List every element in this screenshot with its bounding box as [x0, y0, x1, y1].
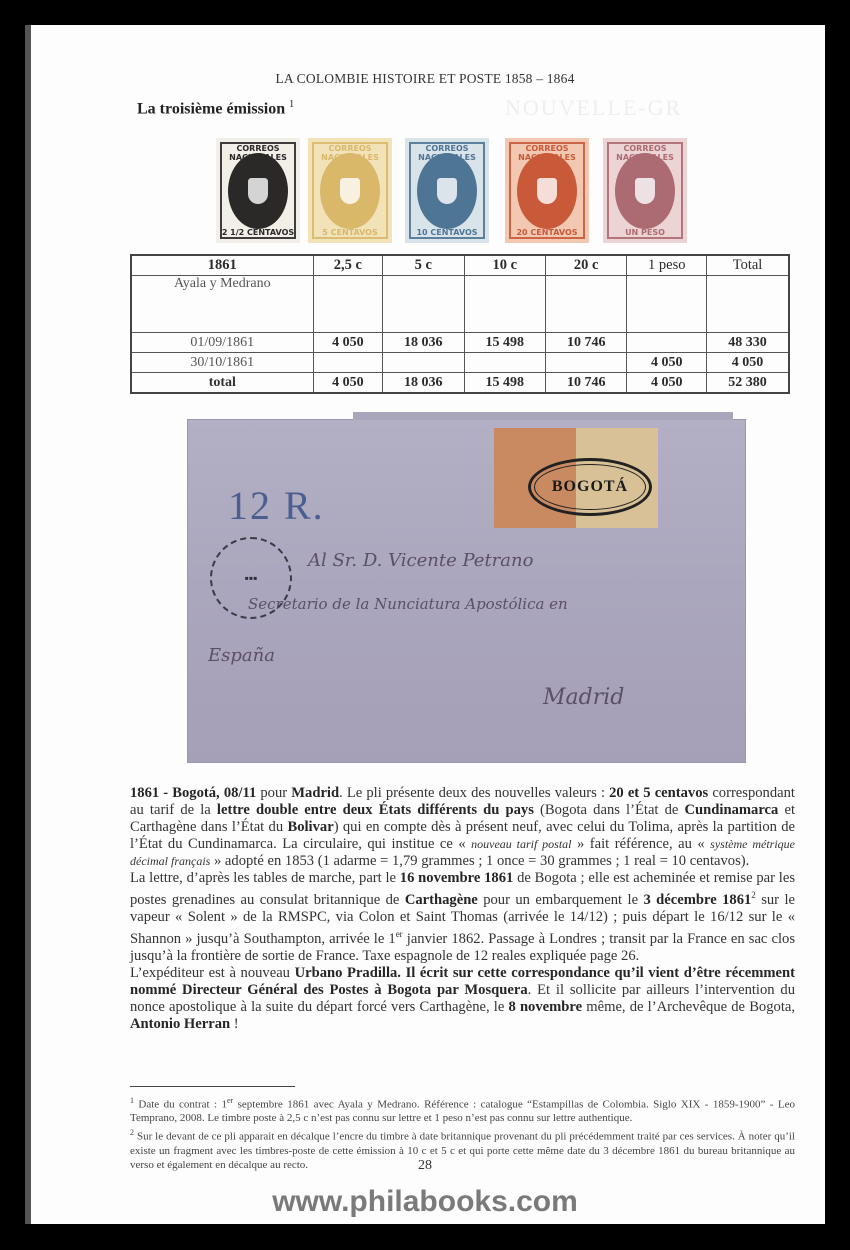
text: pour	[256, 785, 291, 801]
watermark-link[interactable]: www.philabooks.com	[25, 1185, 825, 1219]
text: La lettre, d’après les tables de marche,…	[130, 870, 400, 886]
bold-text: Madrid	[291, 785, 339, 801]
stamp-top-label: CORREOS NACIONALES	[308, 144, 392, 162]
page-number: 28	[25, 1158, 825, 1174]
table-cell: 10 746	[545, 373, 626, 394]
bold-text: Cundinamarca	[685, 802, 779, 818]
table-cell	[464, 276, 545, 333]
table-cell: 18 036	[383, 373, 464, 394]
column-header: Total	[707, 255, 789, 276]
bold-text: 20 et 5 centavos	[609, 785, 708, 801]
text: !	[230, 1016, 239, 1032]
table-cell: 52 380	[707, 373, 789, 394]
bold-text: Bolivar	[287, 819, 333, 835]
article-body: 1861 - Bogotá, 08/11 pour Madrid. Le pli…	[130, 785, 795, 1033]
table-cell	[545, 276, 626, 333]
column-header: 1 peso	[627, 255, 707, 276]
text: » fait référence, au «	[572, 836, 711, 852]
table-cell: 18 036	[383, 333, 464, 353]
column-header: 1861	[131, 255, 313, 276]
row-label: 30/10/1861	[131, 353, 313, 373]
table-row: Ayala y Medrano	[131, 276, 789, 333]
table-cell: 4 050	[707, 353, 789, 373]
column-header: 20 c	[545, 255, 626, 276]
bold-text: 1861 - Bogotá, 08/11	[130, 785, 256, 801]
table-cell: 15 498	[464, 373, 545, 394]
cover-flap	[353, 412, 733, 420]
text: même, de l’Archevêque de Bogota,	[582, 999, 795, 1015]
table-cell	[545, 353, 626, 373]
bold-text: Carthagène	[405, 892, 478, 908]
table-cell	[627, 333, 707, 353]
bold-text: 3 décembre 1861	[643, 892, 751, 908]
paragraph: La lettre, d’après les tables de marche,…	[130, 870, 795, 965]
table-row: 30/10/18614 0504 050	[131, 353, 789, 373]
text: pour un embarquement le	[478, 892, 644, 908]
table-cell: 4 050	[313, 333, 382, 353]
superscript: er	[396, 929, 403, 939]
stamp-value-label: 2 1/2 CENTAVOS	[216, 228, 300, 237]
address-line: Secretario de la Nunciatura Apostólica e…	[248, 595, 568, 613]
footnote-ref: 1	[289, 99, 294, 110]
paragraph: L’expéditeur est à nouveau Urbano Pradil…	[130, 965, 795, 1033]
stamp-value-label: 5 CENTAVOS	[308, 228, 392, 237]
text: Date du contrat : 1	[134, 1099, 227, 1111]
table-cell	[707, 276, 789, 333]
section-title-text: La troisième émission	[137, 100, 285, 117]
running-title: LA COLOMBIE HISTOIRE ET POSTE 1858 – 186…	[25, 71, 825, 87]
stamp-image: CORREOS NACIONALES2 1/2 CENTAVOS	[216, 138, 300, 243]
stamp-top-label: CORREOS NACIONALES	[405, 144, 489, 162]
postal-cover-image: BOGOTÁ 12 R. ▪▪▪ Al Sr. D. Vicente Petra…	[188, 420, 745, 762]
section-title: La troisième émission 1	[137, 99, 294, 118]
stamp-image: CORREOS NACIONALES5 CENTAVOS	[308, 138, 392, 243]
row-label: Ayala y Medrano	[131, 276, 313, 333]
table-row: 01/09/18614 05018 03615 49810 74648 330	[131, 333, 789, 353]
table-cell: 48 330	[707, 333, 789, 353]
stamp-top-label: CORREOS NACIONALES	[603, 144, 687, 162]
stamp-top-label: CORREOS NACIONALES	[216, 144, 300, 162]
italic-text: nouveau tarif postal	[471, 837, 571, 851]
text: . Le pli présente deux des nouvelles val…	[339, 785, 609, 801]
bleed-through-text: NOUVELLE-GR	[505, 95, 682, 121]
bogota-oval-cancel: BOGOTÁ	[528, 458, 652, 516]
table-row: total4 05018 03615 49810 7464 05052 380	[131, 373, 789, 394]
column-header: 5 c	[383, 255, 464, 276]
table-cell: 10 746	[545, 333, 626, 353]
stamp-top-label: CORREOS NACIONALES	[505, 144, 589, 162]
stamp-image: CORREOS NACIONALES10 CENTAVOS	[405, 138, 489, 243]
stamp-value-label: 10 CENTAVOS	[405, 228, 489, 237]
address-line: Madrid	[543, 685, 624, 710]
table-cell	[313, 353, 382, 373]
address-line: Al Sr. D. Vicente Petrano	[308, 550, 533, 571]
table-cell	[383, 276, 464, 333]
stamp-value-label: 20 CENTAVOS	[505, 228, 589, 237]
text: » adopté en 1853 (1 adarme = 1,79 gramme…	[210, 853, 749, 869]
row-label: 01/09/1861	[131, 333, 313, 353]
bold-text: 16 novembre 1861	[400, 870, 514, 886]
table-cell	[313, 276, 382, 333]
table-cell: 15 498	[464, 333, 545, 353]
bold-text: Antonio Herran	[130, 1016, 230, 1032]
table-cell	[627, 276, 707, 333]
text: L’expéditeur est à nouveau	[130, 965, 295, 981]
bold-text: 8 novembre	[508, 999, 582, 1015]
book-page: LA COLOMBIE HISTOIRE ET POSTE 1858 – 186…	[25, 25, 825, 1224]
stamp-row: CORREOS NACIONALES2 1/2 CENTAVOSCORREOS …	[25, 138, 825, 248]
address-line: España	[208, 645, 275, 666]
footnote: 1 Date du contrat : 1er septembre 1861 a…	[130, 1094, 795, 1126]
text: (Bogota dans l’État de	[534, 802, 685, 818]
column-header: 2,5 c	[313, 255, 382, 276]
printing-table: 1861 2,5 c 5 c 10 c 20 c 1 peso Total Ay…	[130, 254, 790, 394]
table-cell: 4 050	[627, 353, 707, 373]
table-cell	[464, 353, 545, 373]
footnote-divider	[130, 1086, 295, 1087]
table-cell	[383, 353, 464, 373]
table-cell: 4 050	[313, 373, 382, 394]
stamp-image: CORREOS NACIONALESUN PESO	[603, 138, 687, 243]
paragraph: 1861 - Bogotá, 08/11 pour Madrid. Le pli…	[130, 785, 795, 870]
stamp-value-label: UN PESO	[603, 228, 687, 237]
bold-text: lettre double entre deux États différent…	[217, 802, 534, 818]
stamp-image: CORREOS NACIONALES20 CENTAVOS	[505, 138, 589, 243]
row-label: total	[131, 373, 313, 394]
tax-mark: 12 R.	[228, 482, 325, 529]
table-cell: 4 050	[627, 373, 707, 394]
table-header-row: 1861 2,5 c 5 c 10 c 20 c 1 peso Total	[131, 255, 789, 276]
column-header: 10 c	[464, 255, 545, 276]
